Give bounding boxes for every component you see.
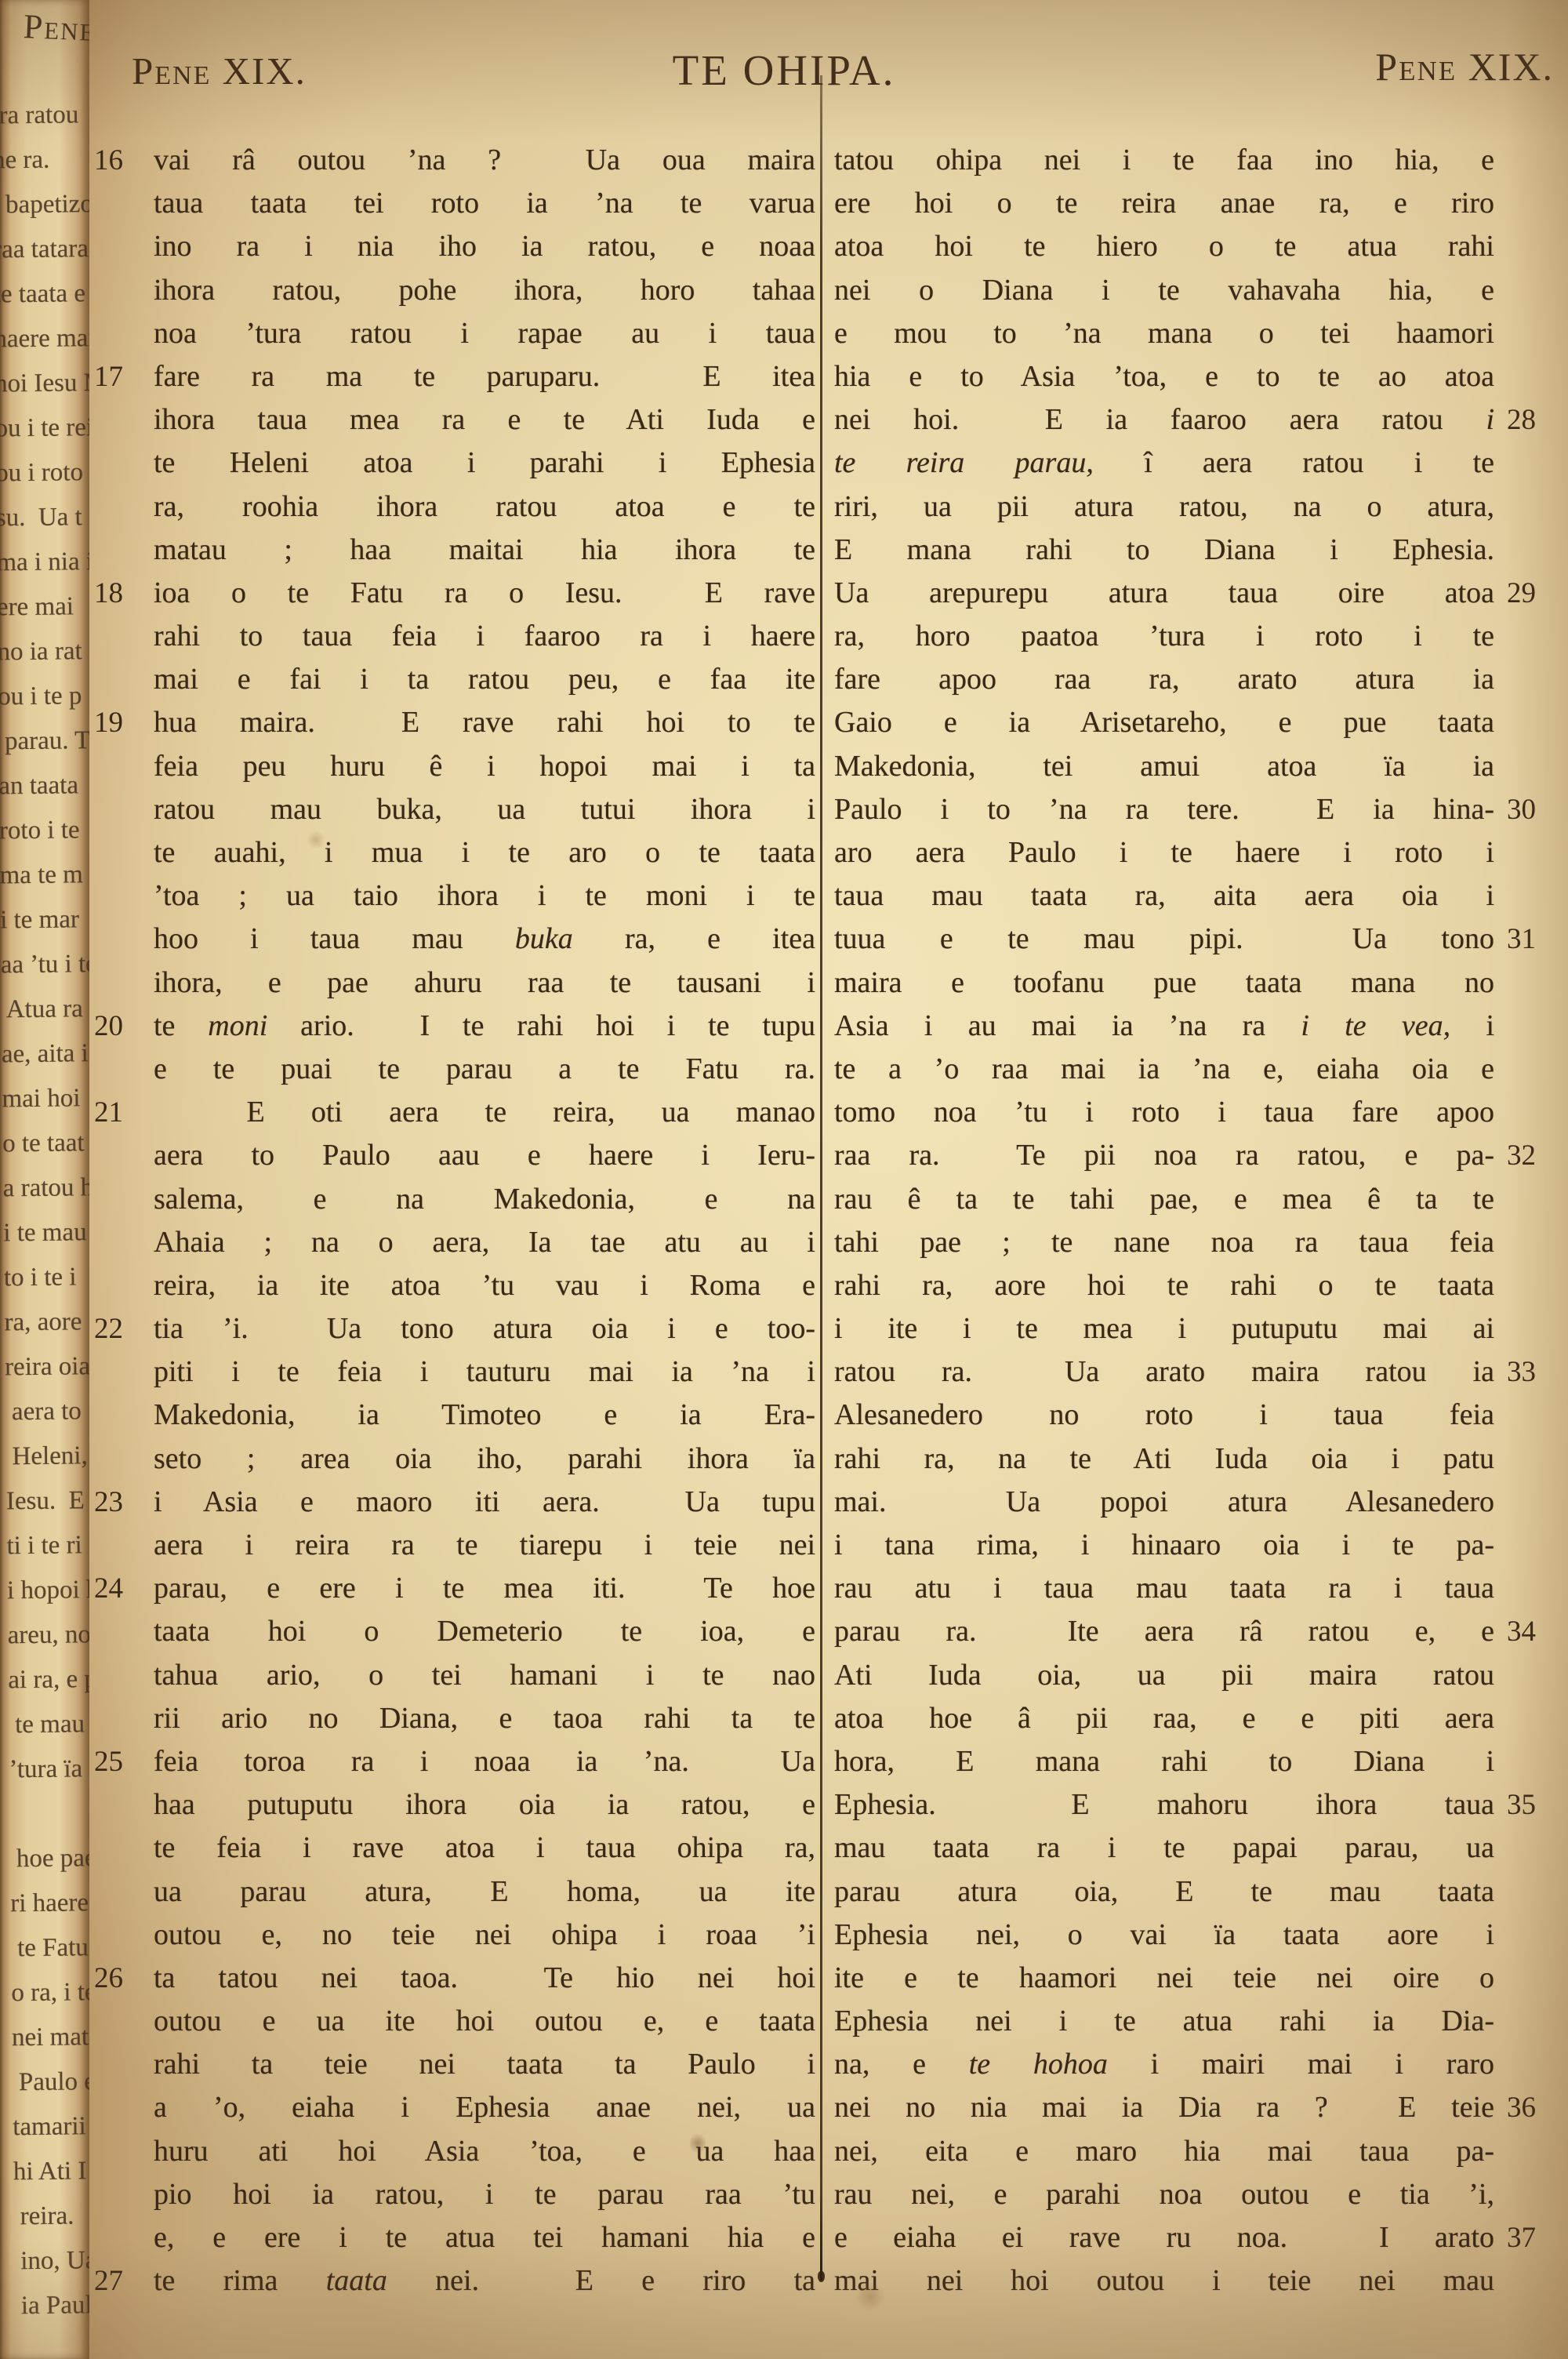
text-line: rahi ra, aore hoi te rahi o te taata bbox=[834, 1268, 1559, 1311]
text-line: 21 E oti aera te reira, ua manao bbox=[93, 1095, 815, 1138]
torn-fragment-line: te mau bbox=[9, 1701, 89, 1748]
verse-text: rahi ra, aore hoi te rahi o te taata bbox=[834, 1268, 1494, 1303]
verse-text: e mou to ’na mana o tei haamori bbox=[834, 316, 1494, 351]
verse-text: Makedonia, tei amui atoa ïa ia bbox=[834, 749, 1494, 783]
text-line: i ite i te mea i putuputu mai ai bbox=[834, 1311, 1559, 1354]
verse-text: outou e, no teie nei ohipa i roaa ’i bbox=[154, 1917, 815, 1952]
text-line: ihora, e pae ahuru raa te tausani i bbox=[93, 965, 815, 1009]
verse-text: rii ario no Diana, e taoa rahi ta te bbox=[154, 1701, 815, 1736]
book-page-scan: Pene ira ratoune ra. bapetizoraa tatarat… bbox=[0, 0, 1568, 2359]
text-line: atoa hoi te hiero o te atua rahi bbox=[834, 229, 1559, 272]
verse-text: ite e te haamori nei teie nei oire o bbox=[834, 1961, 1494, 1995]
verse-text: raa ra. Te pii noa ra ratou, e pa- bbox=[834, 1138, 1494, 1172]
text-line: tuua e te mau pipi. Ua tono31 bbox=[834, 921, 1559, 965]
text-line: parau atura oia, E te mau taata bbox=[834, 1874, 1559, 1917]
verse-text: ’toa ; ua taio ihora i te moni i te bbox=[154, 878, 815, 913]
torn-fragment-line: ino, Ua bbox=[14, 2237, 89, 2284]
verse-text: na, e te hohoa i mairi mai i raro bbox=[834, 2047, 1494, 2081]
text-line: noa ’tura ratou i rapae au i taua bbox=[93, 316, 815, 359]
text-line: aro aera Paulo i te haere i roto i bbox=[834, 835, 1559, 878]
text-line: te reira parau, î aera ratou i te bbox=[834, 445, 1559, 489]
torn-fragment-line: reira. bbox=[13, 2193, 89, 2240]
verse-text: ratou mau buka, ua tutui ihora i bbox=[154, 792, 815, 827]
verse-text: Ephesia nei, o vai ïa taata aore i bbox=[834, 1917, 1494, 1952]
text-line: rii ario no Diana, e taoa rahi ta te bbox=[93, 1701, 815, 1744]
torn-fragment-line: Paulo e bbox=[12, 2059, 89, 2106]
verse-number: 18 bbox=[93, 576, 154, 610]
verse-text: hora, E mana rahi to Diana i bbox=[834, 1744, 1494, 1779]
verse-text: atoa hoe â pii raa, e e piti aera bbox=[834, 1701, 1494, 1736]
verse-text: Alesanedero no roto i taua feia bbox=[834, 1398, 1494, 1432]
text-line: 20te moni ario. I te rahi hoi i te tupu bbox=[93, 1009, 815, 1052]
verse-text: Ua arepurepu atura taua oire atoa bbox=[834, 576, 1494, 610]
torn-fragment-line: mai hoi bbox=[2, 1075, 89, 1122]
torn-fragment-line: ou i roto i bbox=[0, 449, 89, 496]
verse-number: 33 bbox=[1494, 1355, 1559, 1389]
torn-fragment-line: hi Ati I bbox=[13, 2148, 89, 2195]
verse-number: 17 bbox=[93, 360, 154, 394]
verse-text: ihora ratou, pohe ihora, horo tahaa bbox=[154, 273, 815, 307]
text-column-left: 16vai râ outou ’na ? Ua oua mairataua ta… bbox=[93, 143, 815, 2306]
text-line: E mana rahi to Diana i Ephesia. bbox=[834, 533, 1559, 576]
verse-text: mai. Ua popoi atura Alesanedero bbox=[834, 1485, 1494, 1519]
verse-text: E oti aera te reira, ua manao bbox=[154, 1095, 815, 1129]
verse-text: parau atura oia, E te mau taata bbox=[834, 1874, 1494, 1909]
text-line: e eiaha ei rave ru noa. I arato37 bbox=[834, 2220, 1559, 2263]
text-line: ratou mau buka, ua tutui ihora i bbox=[93, 792, 815, 835]
torn-fragment-line: an taata bbox=[0, 762, 89, 809]
text-line: huru ati hoi Asia ’toa, e ua haa bbox=[93, 2134, 815, 2177]
text-line: mau taata ra i te papai parau, ua bbox=[834, 1830, 1559, 1874]
text-line: ua parau atura, E homa, ua ite bbox=[93, 1874, 815, 1917]
text-line: Gaio e ia Arisetareho, e pue taata bbox=[834, 705, 1559, 748]
text-line: hia e to Asia ’toa, e to te ao atoa bbox=[834, 359, 1559, 402]
text-line: aera to Paulo aau e haere i Ieru- bbox=[93, 1138, 815, 1181]
torn-fragment-line: roto i te bbox=[0, 807, 89, 854]
verse-number: 34 bbox=[1494, 1615, 1559, 1648]
verse-text: ere hoi o te reira anae ra, e riro bbox=[834, 186, 1494, 220]
verse-text: e, e ere i te atua tei hamani hia e bbox=[154, 2220, 815, 2255]
text-line: feia peu huru ê i hopoi mai i ta bbox=[93, 749, 815, 792]
torn-fragment-line: reira oia bbox=[5, 1343, 89, 1390]
verse-text: mai nei hoi outou i teie nei mau bbox=[834, 2263, 1494, 2298]
text-line: mai nei hoi outou i teie nei mau bbox=[834, 2263, 1559, 2306]
text-line: ihora taua mea ra e te Ati Iuda e bbox=[93, 402, 815, 445]
text-line: riri, ua pii atura ratou, na o atura, bbox=[834, 489, 1559, 533]
torn-fragment-line: ra, aore e bbox=[4, 1299, 89, 1346]
torn-fragment-line: ia Paulo bbox=[14, 2282, 89, 2329]
verse-text: ta tatou nei taoa. Te hio nei hoi bbox=[154, 1961, 815, 1995]
torn-fragment-line: ma i nia i bbox=[0, 539, 89, 586]
text-line: Asia i au mai ia ’na ra i te vea, i bbox=[834, 1009, 1559, 1052]
text-line: 19hua maira. E rave rahi hoi to te bbox=[93, 705, 815, 748]
verse-text: aera to Paulo aau e haere i Ieru- bbox=[154, 1138, 815, 1172]
text-line: ite e te haamori nei teie nei oire o bbox=[834, 1961, 1559, 2004]
torn-fragment-line: tamarii bbox=[13, 2103, 89, 2150]
verse-number: 31 bbox=[1494, 922, 1559, 956]
torn-fragment-line: ou i te p bbox=[0, 673, 89, 720]
verse-text: matau ; haa maitai hia ihora te bbox=[154, 533, 815, 567]
text-line: raa ra. Te pii noa ra ratou, e pa-32 bbox=[834, 1138, 1559, 1181]
text-line: rahi to taua feia i faaroo ra i haere bbox=[93, 619, 815, 662]
torn-fragment-line: ai ra, e p bbox=[8, 1656, 89, 1703]
text-column-right: tatou ohipa nei i te faa ino hia, eere h… bbox=[834, 143, 1559, 2306]
running-head-right: Pene XIX. bbox=[1375, 44, 1554, 89]
verse-text: tatou ohipa nei i te faa ino hia, e bbox=[834, 143, 1494, 177]
text-line: ratou ra. Ua arato maira ratou ia33 bbox=[834, 1354, 1559, 1398]
verse-text: feia toroa ra i noaa ia ’na. Ua bbox=[154, 1744, 815, 1779]
text-line: taua mau taata ra, aita aera oia i bbox=[834, 878, 1559, 921]
text-line: ’toa ; ua taio ihora i te moni i te bbox=[93, 878, 815, 921]
text-line: 25feia toroa ra i noaa ia ’na. Ua bbox=[93, 1744, 815, 1787]
text-line: haa putuputu ihora oia ia ratou, e bbox=[93, 1787, 815, 1830]
text-line: Ahaia ; na o aera, Ia tae atu au i bbox=[93, 1225, 815, 1268]
verse-number: 19 bbox=[93, 706, 154, 740]
verse-text: E mana rahi to Diana i Ephesia. bbox=[834, 533, 1494, 567]
torn-fragment-line: a ratou h bbox=[2, 1165, 89, 1212]
verse-text: ihora, e pae ahuru raa te tausani i bbox=[154, 965, 815, 1000]
text-line: 17fare ra ma te paruparu. E itea bbox=[93, 359, 815, 402]
torn-fragment-line: no ia rat bbox=[0, 628, 89, 675]
text-line: e te puai te parau a te Fatu ra. bbox=[93, 1052, 815, 1095]
verse-text: noa ’tura ratou i rapae au i taua bbox=[154, 316, 815, 351]
verse-text: rahi ra, na te Ati Iuda oia i patu bbox=[834, 1441, 1494, 1476]
torn-fragment-line bbox=[9, 1790, 89, 1837]
text-line: piti i te feia i tauturu mai ia ’na i bbox=[93, 1354, 815, 1398]
torn-edge-text-fragments: ira ratoune ra. bapetizoraa tatarate taa… bbox=[0, 92, 89, 2329]
verse-number: 23 bbox=[93, 1485, 154, 1519]
text-line: hora, E mana rahi to Diana i bbox=[834, 1744, 1559, 1787]
verse-number: 21 bbox=[93, 1096, 154, 1129]
torn-fragment-line: areu, no bbox=[7, 1612, 89, 1659]
text-line: ra, roohia ihora ratou atoa e te bbox=[93, 489, 815, 533]
text-line: salema, e na Makedonia, e na bbox=[93, 1182, 815, 1225]
verse-text: rau atu i taua mau taata ra i taua bbox=[834, 1571, 1494, 1605]
verse-text: te moni ario. I te rahi hoi i te tupu bbox=[154, 1009, 815, 1043]
verse-text: rahi ta teie nei taata ta Paulo i bbox=[154, 2047, 815, 2081]
verse-text: te a ’o raa mai ia ’na e, eiaha oia e bbox=[834, 1052, 1494, 1086]
text-line: 24parau, e ere i te mea iti. Te hoe bbox=[93, 1571, 815, 1614]
text-line: tahua ario, o tei hamani i te nao bbox=[93, 1658, 815, 1701]
text-line: te auahi, i mua i te aro o te taata bbox=[93, 835, 815, 878]
torn-fragment-line: hoe pae bbox=[9, 1835, 89, 1882]
verse-text: tahi pae ; te nane noa ra taua feia bbox=[834, 1225, 1494, 1259]
verse-number: 35 bbox=[1494, 1788, 1559, 1822]
verse-text: ino ra i nia iho ia ratou, e noaa bbox=[154, 229, 815, 264]
torn-fragment-line: parau. T bbox=[0, 718, 89, 765]
text-line: taata hoi o Demeterio te ioa, e bbox=[93, 1614, 815, 1657]
verse-text: nei, eita e maro hia mai taua pa- bbox=[834, 2134, 1494, 2168]
torn-fragment-line: te Fatu bbox=[11, 1925, 89, 1972]
verse-text: te Heleni atoa i parahi i Ephesia bbox=[154, 445, 815, 480]
torn-fragment-line: Atua ra bbox=[1, 986, 89, 1033]
text-line: ere hoi o te reira anae ra, e riro bbox=[834, 186, 1559, 229]
torn-fragment-line: Heleni, bbox=[5, 1433, 89, 1480]
torn-fragment-line: o te taat bbox=[2, 1120, 89, 1167]
verse-number: 27 bbox=[93, 2264, 154, 2298]
verse-number: 24 bbox=[93, 1572, 154, 1605]
text-line: Makedonia, tei amui atoa ïa ia bbox=[834, 749, 1559, 792]
text-line: rau atu i taua mau taata ra i taua bbox=[834, 1571, 1559, 1614]
verse-text: Asia i au mai ia ’na ra i te vea, i bbox=[834, 1009, 1494, 1043]
text-line: ino ra i nia iho ia ratou, e noaa bbox=[93, 229, 815, 272]
text-line: te feia i rave atoa i taua ohipa ra, bbox=[93, 1830, 815, 1874]
verse-number: 37 bbox=[1494, 2221, 1559, 2255]
column-divider-rule bbox=[820, 75, 822, 2281]
text-line: e mou to ’na mana o tei haamori bbox=[834, 316, 1559, 359]
text-line: hoo i taua mau buka ra, e itea bbox=[93, 921, 815, 965]
verse-text: tia ’i. Ua tono atura oia i e too- bbox=[154, 1311, 815, 1346]
text-line: taua taata tei roto ia ’na te varua bbox=[93, 186, 815, 229]
verse-text: i tana rima, i hinaaro oia i te pa- bbox=[834, 1528, 1494, 1562]
text-line: tatou ohipa nei i te faa ino hia, e bbox=[834, 143, 1559, 186]
torn-fragment-line: i te mau bbox=[3, 1209, 89, 1256]
verse-number: 32 bbox=[1494, 1139, 1559, 1172]
text-line: mai. Ua popoi atura Alesanedero bbox=[834, 1485, 1559, 1528]
verse-text: hoo i taua mau buka ra, e itea bbox=[154, 921, 815, 956]
torn-fragment-line: to i te i bbox=[4, 1254, 89, 1301]
verse-text: Makedonia, ia Timoteo e ia Era- bbox=[154, 1398, 815, 1432]
text-line: Ua arepurepu atura taua oire atoa29 bbox=[834, 576, 1559, 619]
text-line: rau nei, e parahi noa outou e tia ’i, bbox=[834, 2177, 1559, 2220]
text-line: te a ’o raa mai ia ’na e, eiaha oia e bbox=[834, 1052, 1559, 1095]
verse-text: Ahaia ; na o aera, Ia tae atu au i bbox=[154, 1225, 815, 1259]
text-line: parau ra. Ite aera râ ratou e, e34 bbox=[834, 1614, 1559, 1657]
verse-text: parau ra. Ite aera râ ratou e, e bbox=[834, 1614, 1494, 1648]
verse-text: ratou ra. Ua arato maira ratou ia bbox=[834, 1354, 1494, 1389]
verse-text: e te puai te parau a te Fatu ra. bbox=[154, 1052, 815, 1086]
verse-number: 29 bbox=[1494, 576, 1559, 610]
verse-text: huru ati hoi Asia ’toa, e ua haa bbox=[154, 2134, 815, 2168]
column-divider-ink-blob bbox=[818, 2271, 825, 2282]
verse-text: maira e toofanu pue taata mana no bbox=[834, 965, 1494, 1000]
verse-text: rau nei, e parahi noa outou e tia ’i, bbox=[834, 2177, 1494, 2212]
verse-text: tahua ario, o tei hamani i te nao bbox=[154, 1658, 815, 1692]
verse-text: mai e fai i ta ratou peu, e faa ite bbox=[154, 662, 815, 696]
text-line: i tana rima, i hinaaro oia i te pa- bbox=[834, 1528, 1559, 1571]
text-line: tomo noa ’tu i roto i taua fare apoo bbox=[834, 1095, 1559, 1138]
verse-text: hia e to Asia ’toa, e to te ao atoa bbox=[834, 359, 1494, 394]
torn-fragment-line: Iesu. E bbox=[6, 1478, 89, 1525]
verse-text: riri, ua pii atura ratou, na o atura, bbox=[834, 489, 1494, 524]
text-line: aera i reira ra te tiarepu i teie nei bbox=[93, 1528, 815, 1571]
verse-text: reira, ia ite atoa ’tu vau i Roma e bbox=[154, 1268, 815, 1303]
verse-text: ra, horo paatoa ’tura i roto i te bbox=[834, 619, 1494, 653]
verse-text: parau, e ere i te mea iti. Te hoe bbox=[154, 1571, 815, 1605]
verse-text: ua parau atura, E homa, ua ite bbox=[154, 1874, 815, 1909]
text-line: 22tia ’i. Ua tono atura oia i e too- bbox=[93, 1311, 815, 1354]
verse-text: a ’o, eiaha i Ephesia anae nei, ua bbox=[154, 2090, 815, 2125]
verse-text: rahi to taua feia i faaroo ra i haere bbox=[154, 619, 815, 653]
verse-text: Gaio e ia Arisetareho, e pue taata bbox=[834, 705, 1494, 740]
torn-fragment-line: aa ’tu i te bbox=[0, 941, 89, 988]
text-line: Paulo i to ’na ra tere. E ia hina-30 bbox=[834, 792, 1559, 835]
torn-fragment-line: haere mai bbox=[0, 315, 89, 362]
torn-fragment-line: te taata e bbox=[0, 271, 89, 318]
verse-text: seto ; area oia iho, parahi ihora ïa bbox=[154, 1441, 815, 1476]
text-line: 23i Asia e maoro iti aera. Ua tupu bbox=[93, 1485, 815, 1528]
verse-text: Ati Iuda oia, ua pii maira ratou bbox=[834, 1658, 1494, 1692]
verse-number: 26 bbox=[93, 1961, 154, 1995]
verse-text: e eiaha ei rave ru noa. I arato bbox=[834, 2220, 1494, 2255]
verse-text: i Asia e maoro iti aera. Ua tupu bbox=[154, 1485, 815, 1519]
torn-fragment-line: ’tura ïa i bbox=[9, 1746, 89, 1793]
text-line: Ati Iuda oia, ua pii maira ratou bbox=[834, 1658, 1559, 1701]
text-line: seto ; area oia iho, parahi ihora ïa bbox=[93, 1441, 815, 1485]
verse-number: 20 bbox=[93, 1009, 154, 1043]
verse-text: Ephesia. E mahoru ihora taua bbox=[834, 1787, 1494, 1822]
torn-fragment-line: ne ra. bbox=[0, 136, 89, 184]
verse-text: piti i te feia i tauturu mai ia ’na i bbox=[154, 1354, 815, 1389]
text-line: na, e te hohoa i mairi mai i raro bbox=[834, 2047, 1559, 2090]
verse-text: feia peu huru ê i hopoi mai i ta bbox=[154, 749, 815, 783]
torn-fragment-line: ti i te ri bbox=[6, 1522, 89, 1569]
verse-text: fare apoo raa ra, arato atura ia bbox=[834, 662, 1494, 696]
verse-text: taua mau taata ra, aita aera oia i bbox=[834, 878, 1494, 913]
verse-text: rau ê ta te tahi pae, e mea ê ta te bbox=[834, 1182, 1494, 1216]
text-line: 18ioa o te Fatu ra o Iesu. E rave bbox=[93, 576, 815, 619]
verse-text: nei hoi. E ia faaroo aera ratou i bbox=[834, 402, 1494, 437]
verse-text: i ite i te mea i putuputu mai ai bbox=[834, 1311, 1494, 1346]
text-line: ihora ratou, pohe ihora, horo tahaa bbox=[93, 273, 815, 316]
text-line: tahi pae ; te nane noa ra taua feia bbox=[834, 1225, 1559, 1268]
torn-edge-running-head: Pene bbox=[23, 6, 89, 49]
torn-fragment-line: hoi Iesu M bbox=[0, 360, 89, 407]
torn-fragment-line: ae, aita i bbox=[2, 1030, 89, 1078]
verse-text: te feia i rave atoa i taua ohipa ra, bbox=[154, 1830, 815, 1865]
text-line: outou e ua ite hoi outou e, e taata bbox=[93, 2004, 815, 2047]
verse-text: nei no nia mai ia Dia ra ? E teie bbox=[834, 2090, 1494, 2125]
text-line: nei, eita e maro hia mai taua pa- bbox=[834, 2134, 1559, 2177]
text-line: atoa hoe â pii raa, e e piti aera bbox=[834, 1701, 1559, 1744]
text-line: rahi ra, na te Ati Iuda oia i patu bbox=[834, 1441, 1559, 1485]
page-header: Pene XIX. TE OHIPA. Pene XIX. bbox=[0, 49, 1568, 104]
verse-text: ihora taua mea ra e te Ati Iuda e bbox=[154, 402, 815, 437]
text-line: nei no nia mai ia Dia ra ? E teie36 bbox=[834, 2090, 1559, 2133]
text-line: rau ê ta te tahi pae, e mea ê ta te bbox=[834, 1182, 1559, 1225]
torn-fragment-line: ou i te rei bbox=[0, 405, 89, 452]
verse-number: 22 bbox=[93, 1312, 154, 1346]
verse-text: nei o Diana i te vahavaha hia, e bbox=[834, 273, 1494, 307]
text-line: Ephesia. E mahoru ihora taua35 bbox=[834, 1787, 1559, 1830]
torn-fragment-line: bapetizo bbox=[0, 181, 89, 228]
verse-text: Ephesia nei i te atua rahi ia Dia- bbox=[834, 2004, 1494, 2038]
text-line: mai e fai i ta ratou peu, e faa ite bbox=[93, 662, 815, 705]
verse-text: aro aera Paulo i te haere i roto i bbox=[834, 835, 1494, 870]
verse-text: pio hoi ia ratou, i te parau raa ’tu bbox=[154, 2177, 815, 2212]
verse-number: 16 bbox=[93, 144, 154, 177]
text-line: 16vai râ outou ’na ? Ua oua maira bbox=[93, 143, 815, 186]
torn-fragment-line: i te mar bbox=[0, 896, 89, 943]
text-line: reira, ia ite atoa ’tu vau i Roma e bbox=[93, 1268, 815, 1311]
verse-text: ra, roohia ihora ratou atoa e te bbox=[154, 489, 815, 524]
text-line: matau ; haa maitai hia ihora te bbox=[93, 533, 815, 576]
verse-text: te reira parau, î aera ratou i te bbox=[834, 445, 1494, 480]
text-line: 26ta tatou nei taoa. Te hio nei hoi bbox=[93, 1961, 815, 2004]
verse-number: 25 bbox=[93, 1745, 154, 1779]
torn-fragment-line: ere mai bbox=[0, 583, 89, 631]
torn-fragment-line: nei mato bbox=[12, 2014, 89, 2061]
text-line: Alesanedero no roto i taua feia bbox=[834, 1398, 1559, 1441]
torn-previous-page-edge: Pene ira ratoune ra. bapetizoraa tatarat… bbox=[0, 0, 89, 2359]
verse-text: salema, e na Makedonia, e na bbox=[154, 1182, 815, 1216]
verse-text: te auahi, i mua i te aro o te taata bbox=[154, 835, 815, 870]
verse-text: tomo noa ’tu i roto i taua fare apoo bbox=[834, 1095, 1494, 1129]
text-line: 27te rima taata nei. E e riro ta bbox=[93, 2263, 815, 2306]
text-line: nei o Diana i te vahavaha hia, e bbox=[834, 273, 1559, 316]
torn-fragment-line: aera to bbox=[5, 1388, 89, 1435]
torn-fragment-line: i hopoi h bbox=[7, 1567, 89, 1614]
verse-text: aera i reira ra te tiarepu i teie nei bbox=[154, 1528, 815, 1562]
torn-fragment-line: su. Ua t bbox=[0, 494, 89, 541]
text-line: ra, horo paatoa ’tura i roto i te bbox=[834, 619, 1559, 662]
verse-text: fare ra ma te paruparu. E itea bbox=[154, 359, 815, 394]
text-line: te Heleni atoa i parahi i Ephesia bbox=[93, 445, 815, 489]
verse-text: ioa o te Fatu ra o Iesu. E rave bbox=[154, 576, 815, 610]
verse-number: 36 bbox=[1494, 2091, 1559, 2125]
verse-text: haa putuputu ihora oia ia ratou, e bbox=[154, 1787, 815, 1822]
torn-fragment-line: o ra, i te bbox=[11, 1969, 89, 2016]
text-line: Makedonia, ia Timoteo e ia Era- bbox=[93, 1398, 815, 1441]
text-line: outou e, no teie nei ohipa i roaa ’i bbox=[93, 1917, 815, 1961]
text-line: Ephesia nei i te atua rahi ia Dia- bbox=[834, 2004, 1559, 2047]
text-line: e, e ere i te atua tei hamani hia e bbox=[93, 2220, 815, 2263]
torn-fragment-line: ri haere bbox=[10, 1880, 89, 1927]
text-line: maira e toofanu pue taata mana no bbox=[834, 965, 1559, 1009]
verse-text: outou e ua ite hoi outou e, e taata bbox=[154, 2004, 815, 2038]
verse-number: 30 bbox=[1494, 793, 1559, 827]
text-line: pio hoi ia ratou, i te parau raa ’tu bbox=[93, 2177, 815, 2220]
text-line: rahi ta teie nei taata ta Paulo i bbox=[93, 2047, 815, 2090]
verse-text: taua taata tei roto ia ’na te varua bbox=[154, 186, 815, 220]
verse-text: Paulo i to ’na ra tere. E ia hina- bbox=[834, 792, 1494, 827]
verse-number: 28 bbox=[1494, 403, 1559, 437]
verse-text: te rima taata nei. E e riro ta bbox=[154, 2263, 815, 2298]
torn-fragment-line: raa tatara bbox=[0, 226, 89, 273]
text-line: nei hoi. E ia faaroo aera ratou i28 bbox=[834, 402, 1559, 445]
verse-text: mau taata ra i te papai parau, ua bbox=[834, 1830, 1494, 1865]
verse-text: taata hoi o Demeterio te ioa, e bbox=[154, 1614, 815, 1648]
text-line: a ’o, eiaha i Ephesia anae nei, ua bbox=[93, 2090, 815, 2133]
verse-text: atoa hoi te hiero o te atua rahi bbox=[834, 229, 1494, 264]
verse-text: tuua e te mau pipi. Ua tono bbox=[834, 921, 1494, 956]
torn-fragment-line: ma te m bbox=[0, 852, 89, 899]
text-line: Ephesia nei, o vai ïa taata aore i bbox=[834, 1917, 1559, 1961]
text-line: fare apoo raa ra, arato atura ia bbox=[834, 662, 1559, 705]
verse-text: hua maira. E rave rahi hoi to te bbox=[154, 705, 815, 740]
verse-text: vai râ outou ’na ? Ua oua maira bbox=[154, 143, 815, 177]
running-head-title: TE OHIPA. bbox=[0, 45, 1568, 95]
